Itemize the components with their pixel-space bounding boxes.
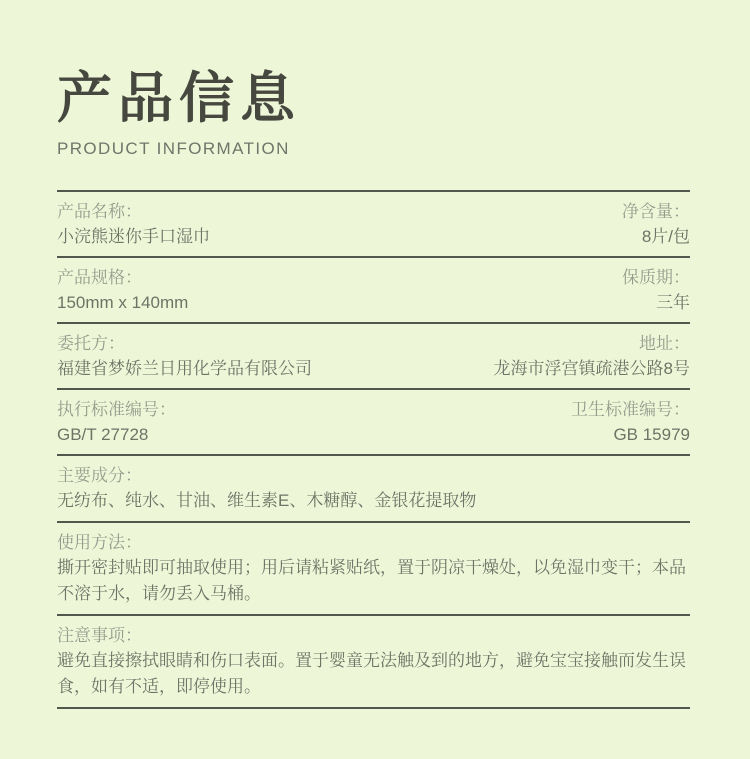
usage-label: 使用方法：: [57, 530, 690, 555]
ingredients-label: 主要成分：: [57, 463, 690, 488]
product-spec-cell: 产品规格： 150mm x 140mm: [57, 265, 188, 315]
product-name-cell: 产品名称： 小浣熊迷你手口湿巾: [57, 199, 210, 249]
consignor-label: 委托方：: [57, 331, 312, 356]
usage-text: 撕开密封贴即可抽取使用；用后请粘紧贴纸，置于阴凉干燥处，以免湿巾变干；本品不溶于…: [57, 555, 690, 607]
row-consignor: 委托方： 福建省梦娇兰日用化学品有限公司 地址： 龙海市浮宫镇疏港公路8号: [57, 322, 690, 388]
exec-standard-label: 执行标准编号：: [57, 397, 176, 422]
cautions-text: 避免直接擦拭眼睛和伤口表面。置于婴童无法触及到的地方，避免宝宝接触而发生误食，如…: [57, 648, 690, 700]
shelf-life-label: 保质期：: [622, 265, 690, 290]
product-spec-label: 产品规格：: [57, 265, 188, 290]
shelf-life-cell: 保质期： 三年: [622, 265, 690, 315]
row-ingredients: 主要成分： 无纺布、纯水、甘油、维生素E、木糖醇、金银花提取物: [57, 454, 690, 521]
row-standards: 执行标准编号： GB/T 27728 卫生标准编号： GB 15979: [57, 388, 690, 454]
net-content-label: 净含量：: [622, 199, 690, 224]
consignor-value: 福建省梦娇兰日用化学品有限公司: [57, 356, 312, 381]
address-cell: 地址： 龙海市浮宫镇疏港公路8号: [494, 331, 690, 381]
row-product-spec: 产品规格： 150mm x 140mm 保质期： 三年: [57, 256, 690, 322]
product-info-page: 产品信息 PRODUCT INFORMATION 产品名称： 小浣熊迷你手口湿巾…: [0, 0, 750, 759]
exec-standard-cell: 执行标准编号： GB/T 27728: [57, 397, 176, 447]
cautions-label: 注意事项：: [57, 623, 690, 648]
row-cautions: 注意事项： 避免直接擦拭眼睛和伤口表面。置于婴童无法触及到的地方，避免宝宝接触而…: [57, 614, 690, 709]
hygiene-standard-cell: 卫生标准编号： GB 15979: [571, 397, 690, 447]
address-label: 地址：: [494, 331, 690, 356]
page-title: 产品信息: [57, 64, 690, 132]
product-name-value: 小浣熊迷你手口湿巾: [57, 224, 210, 249]
product-spec-value: 150mm x 140mm: [57, 290, 188, 315]
page-header: 产品信息 PRODUCT INFORMATION: [57, 64, 690, 159]
ingredients-text: 无纺布、纯水、甘油、维生素E、木糖醇、金银花提取物: [57, 488, 690, 514]
product-name-label: 产品名称：: [57, 199, 210, 224]
shelf-life-value: 三年: [622, 290, 690, 315]
hygiene-standard-value: GB 15979: [571, 422, 690, 447]
row-product-name: 产品名称： 小浣熊迷你手口湿巾 净含量： 8片/包: [57, 190, 690, 256]
page-subtitle: PRODUCT INFORMATION: [57, 139, 690, 159]
product-info-table: 产品名称： 小浣熊迷你手口湿巾 净含量： 8片/包 产品规格： 150mm x …: [57, 190, 690, 709]
consignor-cell: 委托方： 福建省梦娇兰日用化学品有限公司: [57, 331, 312, 381]
net-content-cell: 净含量： 8片/包: [622, 199, 690, 249]
hygiene-standard-label: 卫生标准编号：: [571, 397, 690, 422]
exec-standard-value: GB/T 27728: [57, 422, 176, 447]
address-value: 龙海市浮宫镇疏港公路8号: [494, 356, 690, 381]
row-usage: 使用方法： 撕开密封贴即可抽取使用；用后请粘紧贴纸，置于阴凉干燥处，以免湿巾变干…: [57, 521, 690, 614]
net-content-value: 8片/包: [622, 224, 690, 249]
